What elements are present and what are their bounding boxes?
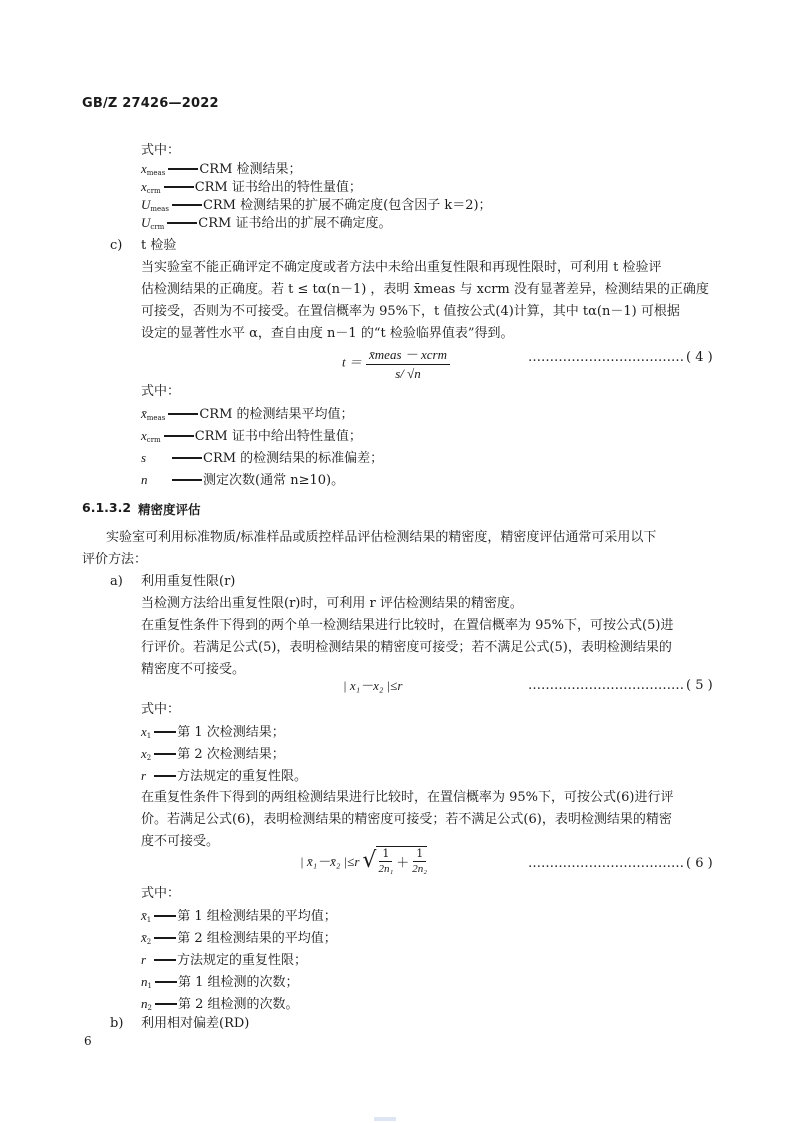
item-title-t-test: t 检验 bbox=[141, 238, 176, 254]
list-marker-c: c) bbox=[110, 238, 122, 254]
em-dash bbox=[154, 731, 176, 733]
paragraph-line: 当检测方法给出重复性限(r)时，可利用 r 评估检测结果的精密度。 bbox=[141, 596, 523, 612]
section-number: 6.1.3.2 bbox=[82, 500, 131, 515]
em-dash bbox=[164, 435, 194, 437]
em-dash bbox=[168, 413, 198, 415]
definition-row: xmeasCRM 检测结果； bbox=[141, 161, 302, 181]
list-marker-a: a) bbox=[110, 574, 123, 590]
where-label: 式中： bbox=[141, 143, 180, 159]
equation-number-5: ( 5 ) bbox=[686, 678, 713, 694]
paragraph-line: 价。若满足公式(6)，表明检测结果的精密度可接受；若不满足公式(6)，表明检测结… bbox=[141, 812, 672, 828]
paragraph-line: 设定的显著性水平 α，查自由度 n－1 的“t 检验临界值表”得到。 bbox=[141, 326, 513, 342]
definition-row: UcrmCRM 证书给出的扩展不确定度。 bbox=[141, 215, 391, 235]
equation-number-6: ( 6 ) bbox=[686, 856, 713, 872]
em-dash bbox=[155, 1003, 177, 1005]
definition-row: x̄measCRM 的检测结果平均值； bbox=[141, 406, 354, 426]
sqrt-radicand: 1 2n₁ ＋ 1 2n₂ bbox=[376, 846, 427, 875]
paragraph-line: 在重复性条件下得到的两个单一检测结果进行比较时，在置信概率为 95%下，可按公式… bbox=[141, 618, 673, 634]
em-dash bbox=[168, 168, 198, 170]
definition-row: x̄2第 2 组检测结果的平均值； bbox=[141, 930, 337, 950]
item-title-relative-deviation: 利用相对偏差(RD) bbox=[141, 1016, 249, 1032]
em-dash bbox=[154, 753, 176, 755]
paragraph-line: 实验室可利用标准物质/标准样品或质控样品评估检测结果的精密度，精密度评估通常可采… bbox=[106, 530, 656, 546]
definition-row: UmeasCRM 检测结果的扩展不确定度(包含因子 k＝2)； bbox=[141, 197, 492, 217]
em-dash bbox=[154, 937, 176, 939]
paragraph-line: 精密度不可接受。 bbox=[141, 662, 245, 678]
paragraph-line: 当实验室不能正确评定不确定度或者方法中未给出重复性限和再现性限时，可利用 t 检… bbox=[141, 260, 662, 276]
formula-4: t ＝ x̄meas － xcrm s/ √n bbox=[342, 344, 450, 382]
equation-leader: ……………………………… bbox=[528, 856, 684, 872]
definition-row: n测定次数(通常 n≥10)。 bbox=[141, 472, 344, 489]
em-dash bbox=[154, 959, 176, 961]
equation-number-4: ( 4 ) bbox=[686, 350, 713, 366]
em-dash bbox=[154, 915, 176, 917]
formula-5: | x₁－x₂ |≤r bbox=[343, 678, 402, 694]
em-dash bbox=[164, 186, 194, 188]
em-dash bbox=[172, 457, 202, 459]
equation-leader: ……………………………… bbox=[528, 678, 684, 694]
section-title: 精密度评估 bbox=[138, 500, 201, 518]
definition-row: x̄1第 1 组检测结果的平均值； bbox=[141, 908, 337, 928]
paragraph-line: 评价方法： bbox=[82, 552, 147, 568]
page-number: 6 bbox=[84, 1034, 92, 1048]
definition-row: sCRM 的检测结果的标准偏差； bbox=[141, 450, 383, 467]
definition-row: r方法规定的重复性限； bbox=[141, 952, 307, 969]
formula-6: | x̄₁－x̄₂ |≤r √ 1 2n₁ ＋ 1 2n₂ bbox=[300, 846, 427, 875]
list-marker-b: b) bbox=[110, 1016, 123, 1032]
definition-row: xcrmCRM 证书给出的特性量值； bbox=[141, 179, 362, 199]
definition-row: n1第 1 组检测的次数； bbox=[141, 974, 299, 994]
fraction: x̄meas － xcrm s/ √n bbox=[366, 344, 450, 382]
where-label: 式中： bbox=[141, 702, 180, 718]
definition-row: xcrmCRM 证书中给出特性量值； bbox=[141, 428, 362, 448]
scroll-indicator bbox=[374, 1117, 396, 1121]
definition-row: n2第 2 组检测的次数。 bbox=[141, 996, 299, 1016]
definition-row: x1第 1 次检测结果； bbox=[141, 724, 285, 744]
definition-row: r方法规定的重复性限。 bbox=[141, 768, 307, 785]
paragraph-line: 在重复性条件下得到的两组检测结果进行比较时，在置信概率为 95%下，可按公式(6… bbox=[141, 790, 673, 806]
paragraph-line: 可接受，否则为不可接受。在置信概率为 95%下，t 值按公式(4)计算，其中 t… bbox=[141, 304, 680, 320]
paragraph-line: 度不可接受。 bbox=[141, 834, 219, 850]
paragraph-line: 估检测结果的正确度。若 t ≤ tα(n－1) ，表明 x̄meas 与 xcr… bbox=[141, 282, 709, 298]
where-label: 式中： bbox=[141, 384, 180, 400]
em-dash bbox=[167, 222, 197, 224]
em-dash bbox=[172, 204, 202, 206]
em-dash bbox=[155, 981, 177, 983]
equation-leader: ……………………………… bbox=[528, 350, 684, 366]
sqrt-sign: √ bbox=[362, 848, 376, 873]
paragraph-line: 行评价。若满足公式(5)，表明检测结果的精密度可接受；若不满足公式(5)，表明检… bbox=[141, 640, 672, 656]
standard-number-header: GB/Z 27426—2022 bbox=[82, 96, 219, 111]
item-title-repeatability: 利用重复性限(r) bbox=[141, 574, 235, 590]
em-dash bbox=[172, 479, 202, 481]
em-dash bbox=[154, 775, 176, 777]
where-label: 式中： bbox=[141, 886, 180, 902]
definition-row: x2第 2 次检测结果； bbox=[141, 746, 285, 766]
